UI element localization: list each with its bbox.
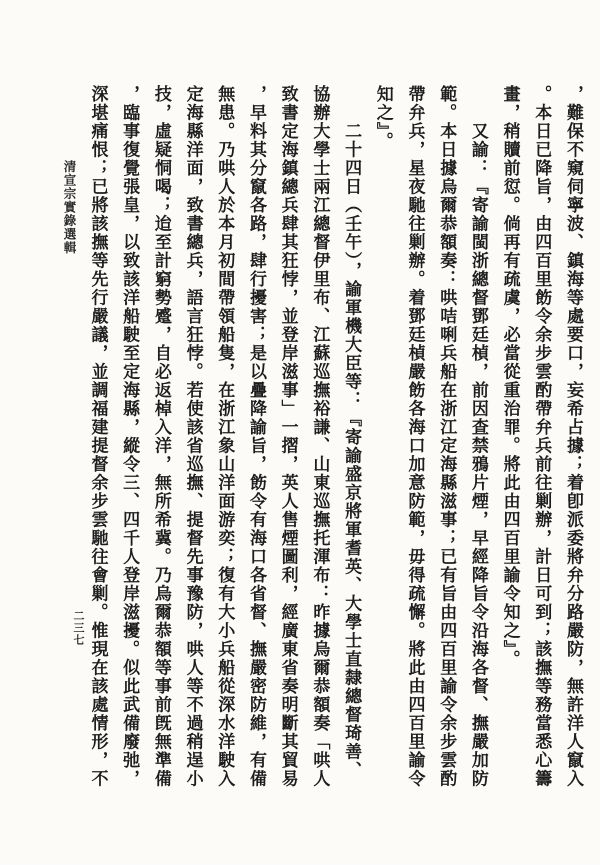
text-column: 知之』。	[367, 85, 399, 797]
text-column: 畫，稍贖前愆。倘再有疏虞，必當從重治罪。將此由四百里諭令知之』。	[494, 85, 526, 797]
text-column: 協辦大學士兩江總督伊里布、江蘇巡撫裕謙、山東巡撫托渾布：昨據烏爾恭額奏「哄人	[304, 85, 336, 797]
text-column: 範。本日據烏爾恭額奏：哄咭唎兵船在浙江定海縣滋事；已有旨由四百里諭令余步雲酌	[430, 85, 462, 797]
text-column: 技，虛疑恫喝；迨至計窮勢蹙，自必返棹入洋，無所希冀。乃烏爾恭額等事前旣無準備	[145, 85, 177, 797]
scanned-book-page: ，難保不窺伺寧波、鎮海等處要口，妄希占據；着卽派委將弁分路嚴防，無許洋人竄入 。…	[0, 0, 600, 865]
text-column: 致書定海鎮總兵肆其狂悖，並登岸滋事」一摺，英人售煙圖利，經廣東省奏明斷其貿易	[272, 85, 304, 797]
text-column: 深堪痛恨；已將該撫等先行嚴議，並調福建提督余步雲馳往會剿。惟現在該處情形，不	[82, 85, 114, 797]
text-column: 定海縣洋面，致書總兵，語言狂悖。若使該省巡撫、提督先事豫防，哄人等不過稍逞小	[177, 85, 209, 797]
text-column-paragraph-start: 又諭：『寄諭閩浙總督鄧廷楨，前因查禁鴉片煙，早經降旨令沿海各督、撫嚴加防	[462, 85, 494, 797]
document-body: ，難保不窺伺寧波、鎮海等處要口，妄希占據；着卽派委將弁分路嚴防，無許洋人竄入 。…	[82, 85, 589, 797]
spine-title: 清宣宗實錄選輯	[60, 160, 78, 255]
text-column: ，難保不窺伺寧波、鎮海等處要口，妄希占據；着卽派委將弁分路嚴防，無許洋人竄入	[557, 85, 589, 797]
text-column: 。本日已降旨，由四百里飭令余步雲酌帶弁兵前往剿辦，計日可到；該撫等務當悉心籌	[526, 85, 558, 797]
text-column-date-entry: 二十四日（壬午），諭軍機大臣等：『寄諭盛京將軍耆英、大學士直隸總督琦善、	[335, 85, 367, 797]
text-column: ，臨事復覺張皇，以致該洋船駛至定海縣，縱令三、四千人登岸滋擾。似此武備廢弛，	[113, 85, 145, 797]
text-column: 帶弁兵，星夜馳往剿辦。着鄧廷楨嚴飭各海口加意防範，毋得疏懈。將此由四百里諭令	[399, 85, 431, 797]
text-column: 無患。乃哄人於本月初間帶領船隻，在浙江象山洋面游奕；復有大小兵船從深水洋駛入	[209, 85, 241, 797]
page-number: 二三七	[70, 610, 86, 646]
text-column: ，早料其分竄各路，肆行擾害；是以疊降諭旨，飭令有海口各省督、撫嚴密防維，有備	[240, 85, 272, 797]
